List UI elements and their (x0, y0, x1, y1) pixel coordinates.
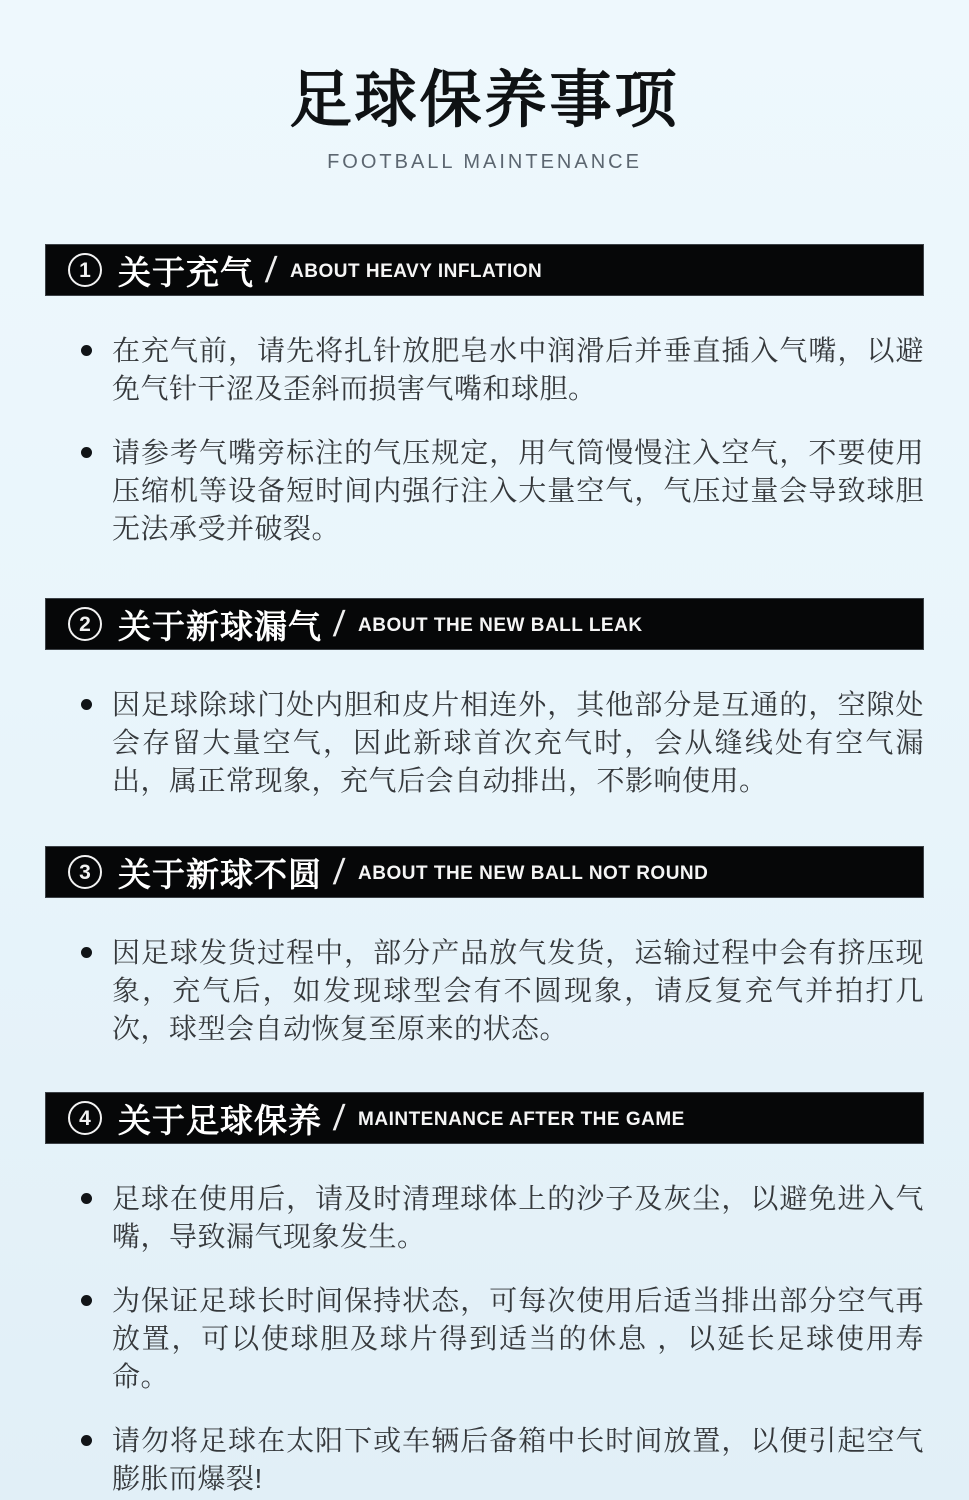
bullet-list: 在充气前，请先将扎针放肥皂水中润滑后并垂直插入气嘴，以避免气针干涩及歪斜而损害气… (45, 332, 924, 548)
section-new-ball-leak: 2 关于新球漏气 / ABOUT THE NEW BALL LEAK 因足球除球… (45, 598, 924, 800)
bullet-icon (81, 699, 92, 710)
bullet-text: 因足球除球门处内胆和皮片相连外，其他部分是互通的，空隙处会存留大量空气，因此新球… (112, 686, 924, 800)
bullet-list: 足球在使用后，请及时清理球体上的沙子及灰尘，以避免进入气嘴，导致漏气现象发生。 … (45, 1180, 924, 1498)
bullet-list: 因足球除球门处内胆和皮片相连外，其他部分是互通的，空隙处会存留大量空气，因此新球… (45, 686, 924, 800)
slash-divider: / (332, 851, 346, 893)
bullet-icon (81, 1295, 92, 1306)
bullet-text: 请参考气嘴旁标注的气压规定，用气筒慢慢注入空气，不要使用压缩机等设备短时间内强行… (112, 434, 924, 548)
page-title: 足球保养事项 (45, 66, 924, 135)
section-title-en: ABOUT THE NEW BALL NOT ROUND (358, 859, 708, 885)
section-new-ball-not-round: 3 关于新球不圆 / ABOUT THE NEW BALL NOT ROUND … (45, 846, 924, 1048)
bullet-text: 请勿将足球在太阳下或车辆后备箱中长时间放置，以便引起空气膨胀而爆裂! (112, 1422, 924, 1498)
list-item: 在充气前，请先将扎针放肥皂水中润滑后并垂直插入气嘴，以避免气针干涩及歪斜而损害气… (81, 332, 924, 408)
bullet-icon (81, 947, 92, 958)
list-item: 因足球发货过程中，部分产品放气发货，运输过程中会有挤压现象，充气后，如发现球型会… (81, 934, 924, 1048)
circled-number: 4 (68, 1101, 102, 1135)
section-football-maintenance: 4 关于足球保养 / MAINTENANCE AFTER THE GAME 足球… (45, 1092, 924, 1498)
bullet-text: 为保证足球长时间保持状态，可每次使用后适当排出部分空气再放置，可以使球胆及球片得… (112, 1282, 924, 1396)
section-title-en: MAINTENANCE AFTER THE GAME (358, 1105, 685, 1131)
list-item: 为保证足球长时间保持状态，可每次使用后适当排出部分空气再放置，可以使球胆及球片得… (81, 1282, 924, 1396)
section-inflation: 1 关于充气 / ABOUT HEAVY INFLATION 在充气前，请先将扎… (45, 244, 924, 548)
section-title-zh: 关于充气 (118, 247, 254, 294)
bullet-icon (81, 1193, 92, 1204)
list-item: 请勿将足球在太阳下或车辆后备箱中长时间放置，以便引起空气膨胀而爆裂! (81, 1422, 924, 1498)
section-header-bar: 2 关于新球漏气 / ABOUT THE NEW BALL LEAK (45, 598, 924, 650)
circled-number: 1 (68, 253, 102, 287)
circled-number: 3 (68, 855, 102, 889)
bullet-icon (81, 345, 92, 356)
section-header-bar: 1 关于充气 / ABOUT HEAVY INFLATION (45, 244, 924, 296)
section-title-en: ABOUT HEAVY INFLATION (290, 257, 542, 283)
page-header: 足球保养事项 FOOTBALL MAINTENANCE (45, 66, 924, 174)
bullet-text: 因足球发货过程中，部分产品放气发货，运输过程中会有挤压现象，充气后，如发现球型会… (112, 934, 924, 1048)
list-item: 请参考气嘴旁标注的气压规定，用气筒慢慢注入空气，不要使用压缩机等设备短时间内强行… (81, 434, 924, 548)
section-title-zh: 关于新球不圆 (118, 849, 322, 896)
section-header-bar: 3 关于新球不圆 / ABOUT THE NEW BALL NOT ROUND (45, 846, 924, 898)
maintenance-infographic: 足球保养事项 FOOTBALL MAINTENANCE 1 关于充气 / ABO… (0, 0, 969, 1500)
circled-number: 2 (68, 607, 102, 641)
list-item: 足球在使用后，请及时清理球体上的沙子及灰尘，以避免进入气嘴，导致漏气现象发生。 (81, 1180, 924, 1256)
slash-divider: / (332, 603, 346, 645)
bullet-list: 因足球发货过程中，部分产品放气发货，运输过程中会有挤压现象，充气后，如发现球型会… (45, 934, 924, 1048)
slash-divider: / (332, 1097, 346, 1139)
list-item: 因足球除球门处内胆和皮片相连外，其他部分是互通的，空隙处会存留大量空气，因此新球… (81, 686, 924, 800)
bullet-icon (81, 447, 92, 458)
bullet-text: 足球在使用后，请及时清理球体上的沙子及灰尘，以避免进入气嘴，导致漏气现象发生。 (112, 1180, 924, 1256)
bullet-icon (81, 1435, 92, 1446)
bullet-text: 在充气前，请先将扎针放肥皂水中润滑后并垂直插入气嘴，以避免气针干涩及歪斜而损害气… (112, 332, 924, 408)
section-title-zh: 关于新球漏气 (118, 601, 322, 648)
section-title-zh: 关于足球保养 (118, 1095, 322, 1142)
section-title-en: ABOUT THE NEW BALL LEAK (358, 611, 643, 637)
page-subtitle: FOOTBALL MAINTENANCE (45, 151, 924, 174)
section-header-bar: 4 关于足球保养 / MAINTENANCE AFTER THE GAME (45, 1092, 924, 1144)
slash-divider: / (264, 249, 278, 291)
